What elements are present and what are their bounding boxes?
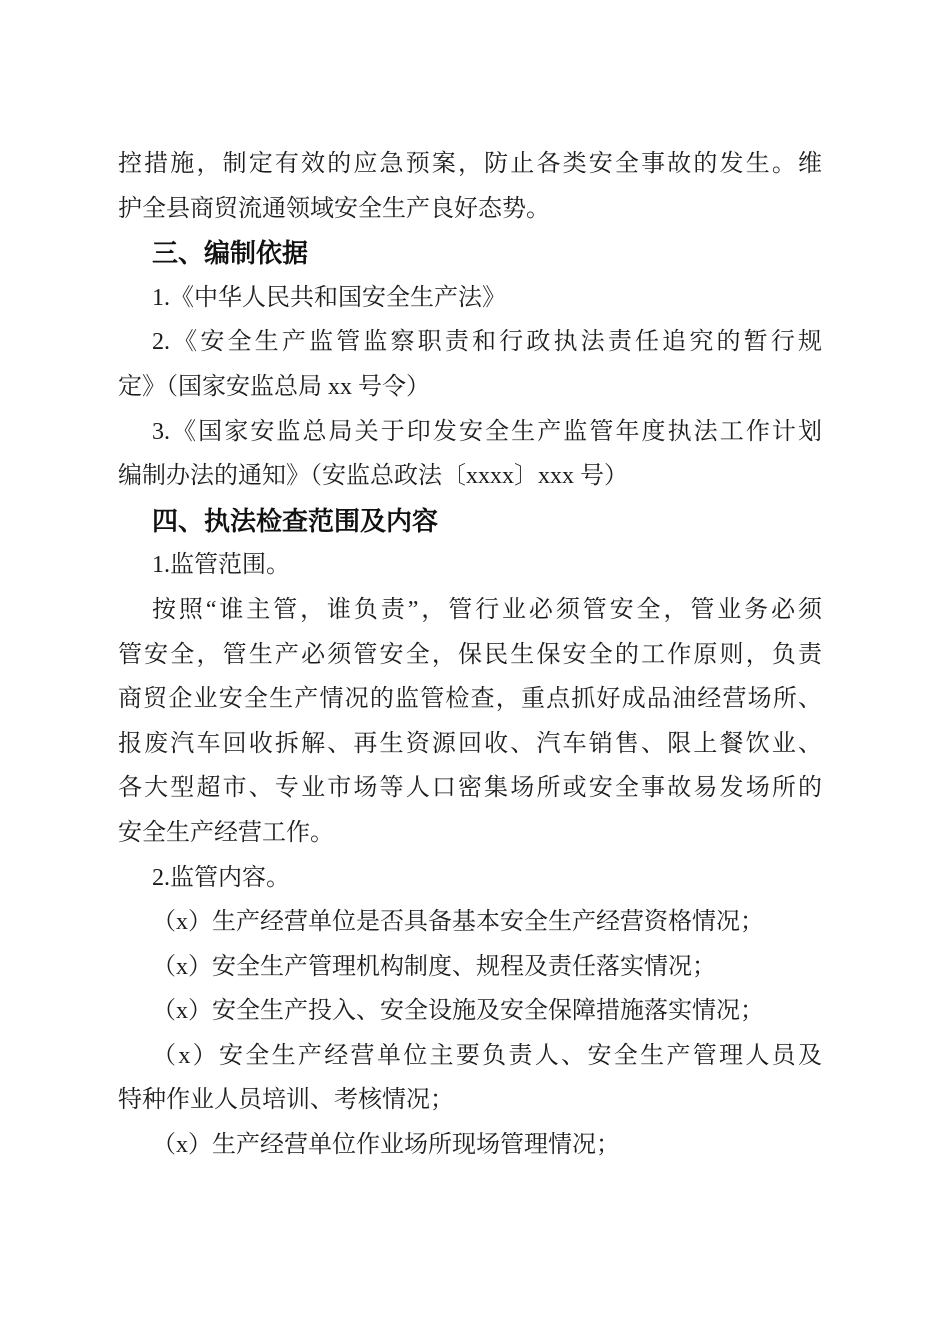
text-line: 2.《安全生产监管监察职责和行政执法责任追究的暂行规 bbox=[118, 320, 822, 365]
text-line: （x）安全生产经营单位主要负责人、安全生产管理人员及 bbox=[118, 1034, 822, 1079]
text-block: 控措施，制定有效的应急预案，防止各类安全事故的发生。维护全县商贸流通领域安全生产… bbox=[118, 142, 822, 1168]
text-line: 定》（国家安监总局 xx 号令） bbox=[118, 365, 822, 410]
text-line: 安全生产经营工作。 bbox=[118, 811, 822, 856]
text-line: 各大型超市、专业市场等人口密集场所或安全事故易发场所的 bbox=[118, 766, 822, 811]
text-line: 商贸企业安全生产情况的监管检查，重点抓好成品油经营场所、 bbox=[118, 677, 822, 722]
text-line: 按照“谁主管，谁负责”，管行业必须管安全，管业务必须 bbox=[118, 588, 822, 633]
text-line: 3.《国家安监总局关于印发安全生产监管年度执法工作计划 bbox=[118, 410, 822, 455]
text-line: 1.监管范围。 bbox=[118, 543, 822, 588]
text-line: 2.监管内容。 bbox=[118, 856, 822, 901]
text-line: 护全县商贸流通领域安全生产良好态势。 bbox=[118, 187, 822, 232]
text-line: 1.《中华人民共和国安全生产法》 bbox=[118, 276, 822, 321]
text-line: （x）生产经营单位是否具备基本安全生产经营资格情况； bbox=[118, 900, 822, 945]
text-line: 控措施，制定有效的应急预案，防止各类安全事故的发生。维 bbox=[118, 142, 822, 187]
section-heading: 三、编制依据 bbox=[118, 231, 822, 276]
section-heading: 四、执法检查范围及内容 bbox=[118, 499, 822, 544]
text-line: 编制办法的通知》（安监总政法〔xxxx〕xxx 号） bbox=[118, 454, 822, 499]
text-line: （x）安全生产投入、安全设施及安全保障措施落实情况； bbox=[118, 989, 822, 1034]
text-line: 特种作业人员培训、考核情况； bbox=[118, 1078, 822, 1123]
text-line: 管安全，管生产必须管安全，保民生保安全的工作原则，负责 bbox=[118, 633, 822, 678]
text-line: （x）安全生产管理机构制度、规程及责任落实情况； bbox=[118, 945, 822, 990]
text-line: （x）生产经营单位作业场所现场管理情况； bbox=[118, 1123, 822, 1168]
text-line: 报废汽车回收拆解、再生资源回收、汽车销售、限上餐饮业、 bbox=[118, 722, 822, 767]
document-page: 控措施，制定有效的应急预案，防止各类安全事故的发生。维护全县商贸流通领域安全生产… bbox=[0, 0, 950, 1344]
